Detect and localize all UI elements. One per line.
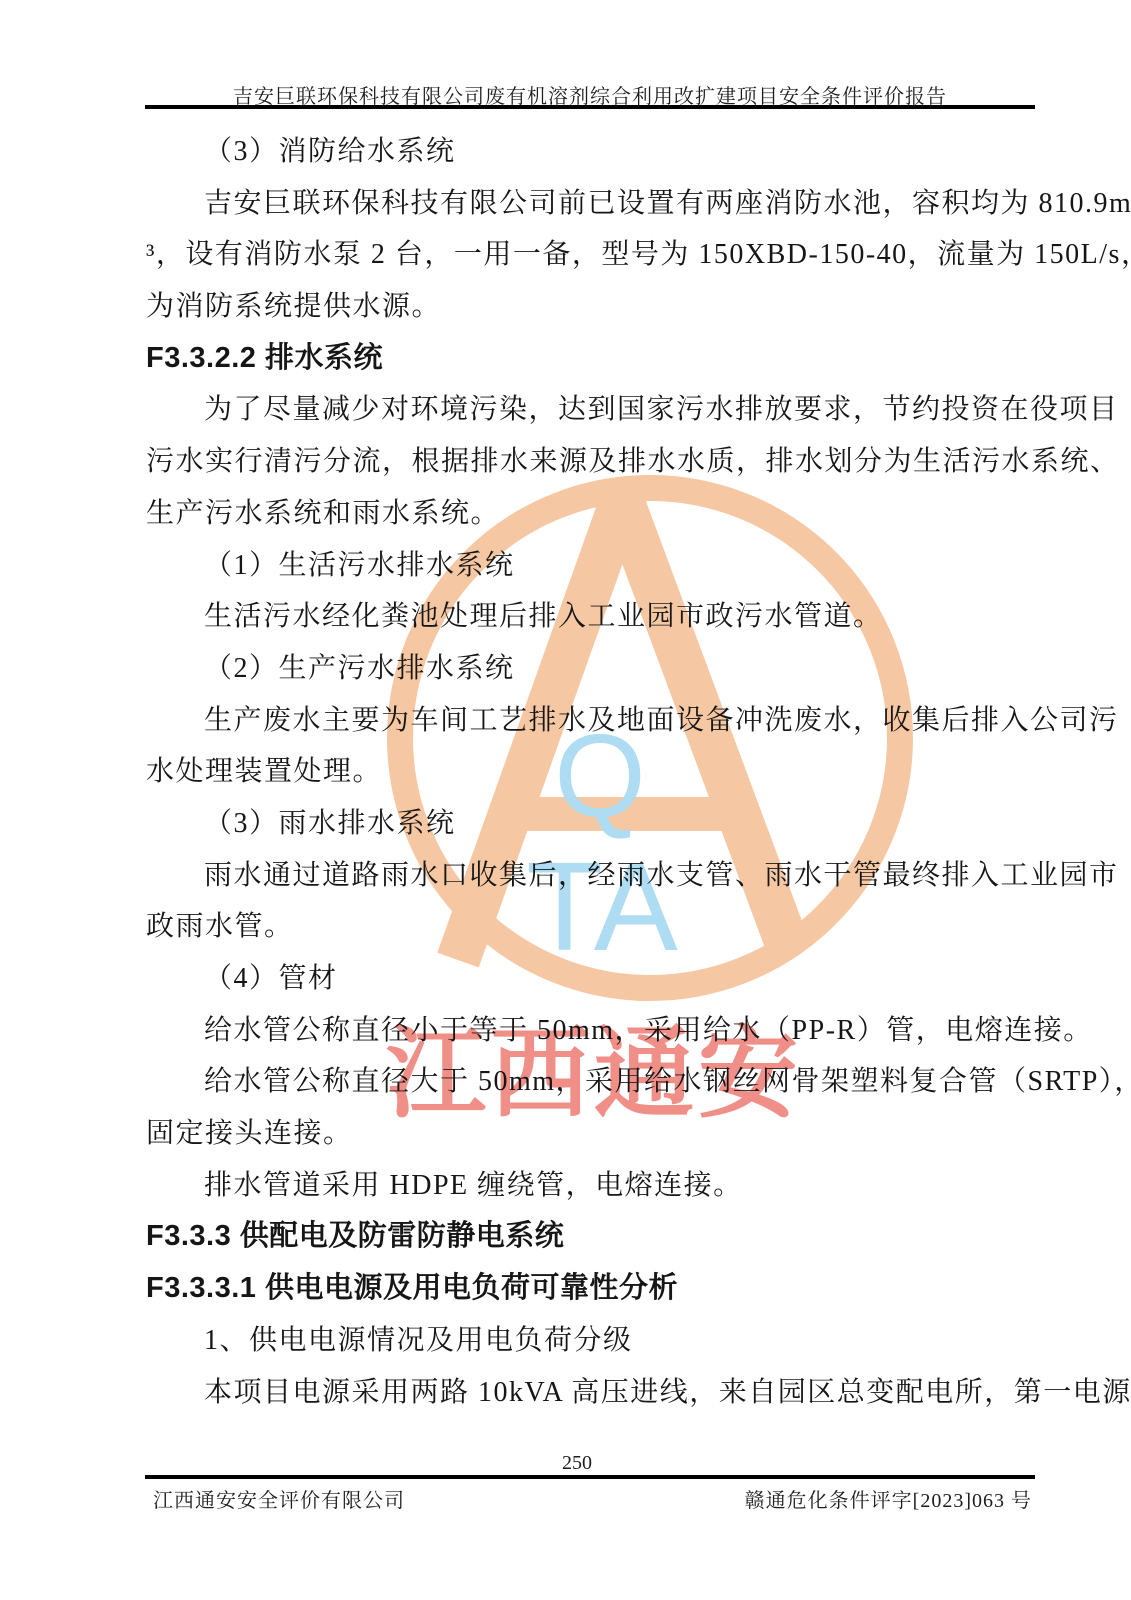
header-rule [145, 105, 1035, 109]
text-line: 排水管道采用 HDPE 缠绕管，电熔连接。 [146, 1160, 1018, 1212]
text-line: 污水实行清污分流，根据排水来源及排水水质，排水划分为生活污水系统、 [146, 436, 1018, 488]
text-line: 生活污水经化粪池处理后排入工业园市政污水管道。 [146, 591, 1018, 643]
text-line: 本项目电源采用两路 10kVA 高压进线，来自园区总变配电所，第一电源 [146, 1367, 1018, 1419]
footer-company-name: 江西通安安全评价有限公司 [153, 1484, 405, 1513]
footer-rule [145, 1475, 1035, 1479]
text-line: 给水管公称直径小于等于 50mm，采用给水（PP-R）管，电熔连接。 [146, 1005, 1018, 1057]
text-line: 1、供电电源情况及用电负荷分级 [146, 1315, 1018, 1367]
text-line: （4）管材 [146, 953, 1018, 1005]
text-line: 生产废水主要为车间工艺排水及地面设备冲洗废水，收集后排入公司污 [146, 695, 1018, 747]
text-line: 雨水通过道路雨水口收集后，经雨水支管、雨水干管最终排入工业园市 [146, 850, 1018, 902]
page-number: 250 [146, 1452, 1008, 1475]
text-line: ³，设有消防水泵 2 台，一用一备，型号为 150XBD-150-40，流量为 … [146, 229, 1018, 281]
footer-row: 江西通安安全评价有限公司 赣通危化条件评字[2023]063 号 [153, 1484, 1032, 1513]
content-lines: （3）消防给水系统吉安巨联环保科技有限公司前已设置有两座消防水池，容积均为 81… [146, 126, 1018, 1418]
text-line: 政雨水管。 [146, 901, 1018, 953]
text-line: （1）生活污水排水系统 [146, 540, 1018, 592]
text-line: （3）雨水排水系统 [146, 798, 1018, 850]
heading-line: F3.3.3.1 供电电源及用电负荷可靠性分析 [146, 1263, 1018, 1315]
text-line: 吉安巨联环保科技有限公司前已设置有两座消防水池，容积均为 810.9m [146, 178, 1018, 230]
text-line: 生产污水系统和雨水系统。 [146, 488, 1018, 540]
text-line: （2）生产污水排水系统 [146, 643, 1018, 695]
text-line: 为消防系统提供水源。 [146, 281, 1018, 333]
heading-line: F3.3.3 供配电及防雷防静电系统 [146, 1211, 1018, 1263]
text-line: 为了尽量减少对环境污染，达到国家污水排放要求，节约投资在役项目 [146, 384, 1018, 436]
text-line: 给水管公称直径大于 50mm，采用给水钢丝网骨架塑料复合管（SRTP）， [146, 1056, 1018, 1108]
heading-line: F3.3.2.2 排水系统 [146, 333, 1018, 385]
text-line: 固定接头连接。 [146, 1108, 1018, 1160]
text-line: 水处理装置处理。 [146, 746, 1018, 798]
text-line: （3）消防给水系统 [146, 126, 1018, 178]
document-page: Q TA 江西通安 吉安巨联环保科技有限公司废有机溶剂综合利用改扩建项目安全条件… [0, 0, 1131, 1600]
footer-document-number: 赣通危化条件评字[2023]063 号 [745, 1484, 1032, 1513]
